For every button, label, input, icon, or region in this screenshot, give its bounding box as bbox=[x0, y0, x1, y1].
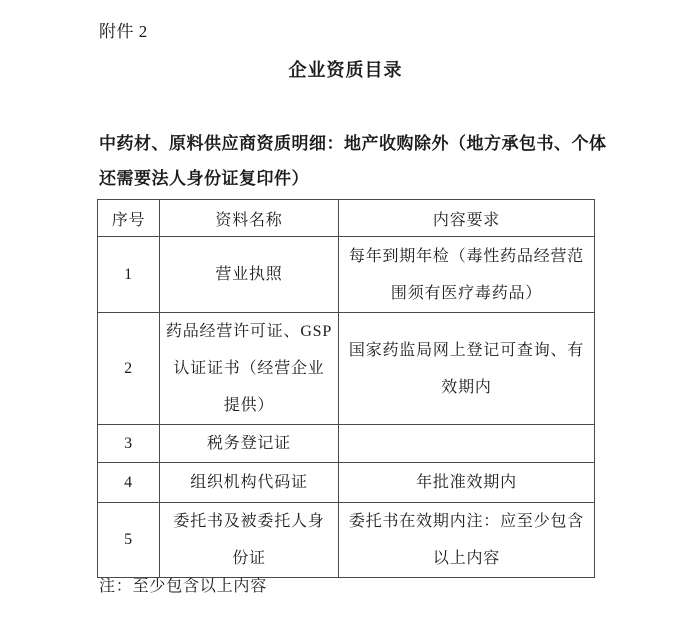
content-requirement-cell: 年批准效期内 bbox=[339, 463, 595, 503]
table-row: 5 委托书及被委托人身 份证 委托书在效期内注：应至少包含 以上内容 bbox=[98, 503, 595, 578]
content-requirement-line: 以上内容 bbox=[339, 540, 594, 577]
document-page: 附件 2 企业资质目录 中药材、原料供应商资质明细：地产收购除外（地方承包书、个… bbox=[0, 0, 695, 629]
header-cell-seq-no: 序号 bbox=[98, 200, 160, 237]
material-name-cell: 委托书及被委托人身 份证 bbox=[160, 503, 339, 578]
intro-line-1: 中药材、原料供应商资质明细：地产收购除外（地方承包书、个体 bbox=[99, 126, 604, 161]
content-requirement-line: 委托书在效期内注：应至少包含 bbox=[339, 503, 594, 540]
row-number-cell: 5 bbox=[98, 503, 160, 578]
content-requirement-line: 效期内 bbox=[339, 369, 594, 406]
material-name-line: 营业执照 bbox=[160, 256, 338, 293]
content-requirement-line: 每年到期年检（毒性药品经营范 bbox=[339, 238, 594, 275]
material-name-line: 委托书及被委托人身 bbox=[160, 503, 338, 540]
table-row: 1 营业执照 每年到期年检（毒性药品经营范 围须有医疗毒药品） bbox=[98, 237, 595, 313]
table-row: 2 药品经营许可证、GSP 认证证书（经营企业 提供） 国家药监局网上登记可查询… bbox=[98, 313, 595, 425]
header-cell-material-name: 资料名称 bbox=[160, 200, 339, 237]
content-requirement-line: 围须有医疗毒药品） bbox=[339, 275, 594, 312]
table-row: 3 税务登记证 bbox=[98, 425, 595, 463]
footnote: 注：至少包含以上内容 bbox=[99, 576, 267, 597]
material-name-line: 认证证书（经营企业 bbox=[160, 350, 338, 387]
material-name-cell: 税务登记证 bbox=[160, 425, 339, 463]
material-name-line: 税务登记证 bbox=[160, 425, 338, 462]
row-number-cell: 2 bbox=[98, 313, 160, 425]
content-requirement-cell: 国家药监局网上登记可查询、有 效期内 bbox=[339, 313, 595, 425]
header-cell-content-requirement: 内容要求 bbox=[339, 200, 595, 237]
intro-paragraph: 中药材、原料供应商资质明细：地产收购除外（地方承包书、个体 还需要法人身份证复印… bbox=[99, 126, 604, 196]
document-title: 企业资质目录 bbox=[97, 58, 594, 82]
material-name-line: 份证 bbox=[160, 540, 338, 577]
content-requirement-cell: 委托书在效期内注：应至少包含 以上内容 bbox=[339, 503, 595, 578]
row-number-cell: 3 bbox=[98, 425, 160, 463]
content-requirement-cell: 每年到期年检（毒性药品经营范 围须有医疗毒药品） bbox=[339, 237, 595, 313]
table-header-row: 序号 资料名称 内容要求 bbox=[98, 200, 595, 237]
material-name-cell: 药品经营许可证、GSP 认证证书（经营企业 提供） bbox=[160, 313, 339, 425]
material-name-cell: 组织机构代码证 bbox=[160, 463, 339, 503]
material-name-line: 药品经营许可证、GSP bbox=[160, 313, 338, 350]
qualification-table: 序号 资料名称 内容要求 1 营业执照 每年到期年检（毒性药品经营范 围须有医疗… bbox=[97, 199, 595, 578]
row-number-cell: 1 bbox=[98, 237, 160, 313]
table-row: 4 组织机构代码证 年批准效期内 bbox=[98, 463, 595, 503]
material-name-cell: 营业执照 bbox=[160, 237, 339, 313]
content-requirement-cell bbox=[339, 425, 595, 463]
content-requirement-line: 年批准效期内 bbox=[339, 464, 594, 501]
material-name-line: 组织机构代码证 bbox=[160, 464, 338, 501]
material-name-line: 提供） bbox=[160, 387, 338, 424]
intro-line-2: 还需要法人身份证复印件） bbox=[99, 161, 604, 196]
content-requirement-line: 国家药监局网上登记可查询、有 bbox=[339, 332, 594, 369]
row-number-cell: 4 bbox=[98, 463, 160, 503]
attachment-label: 附件 2 bbox=[99, 22, 148, 42]
